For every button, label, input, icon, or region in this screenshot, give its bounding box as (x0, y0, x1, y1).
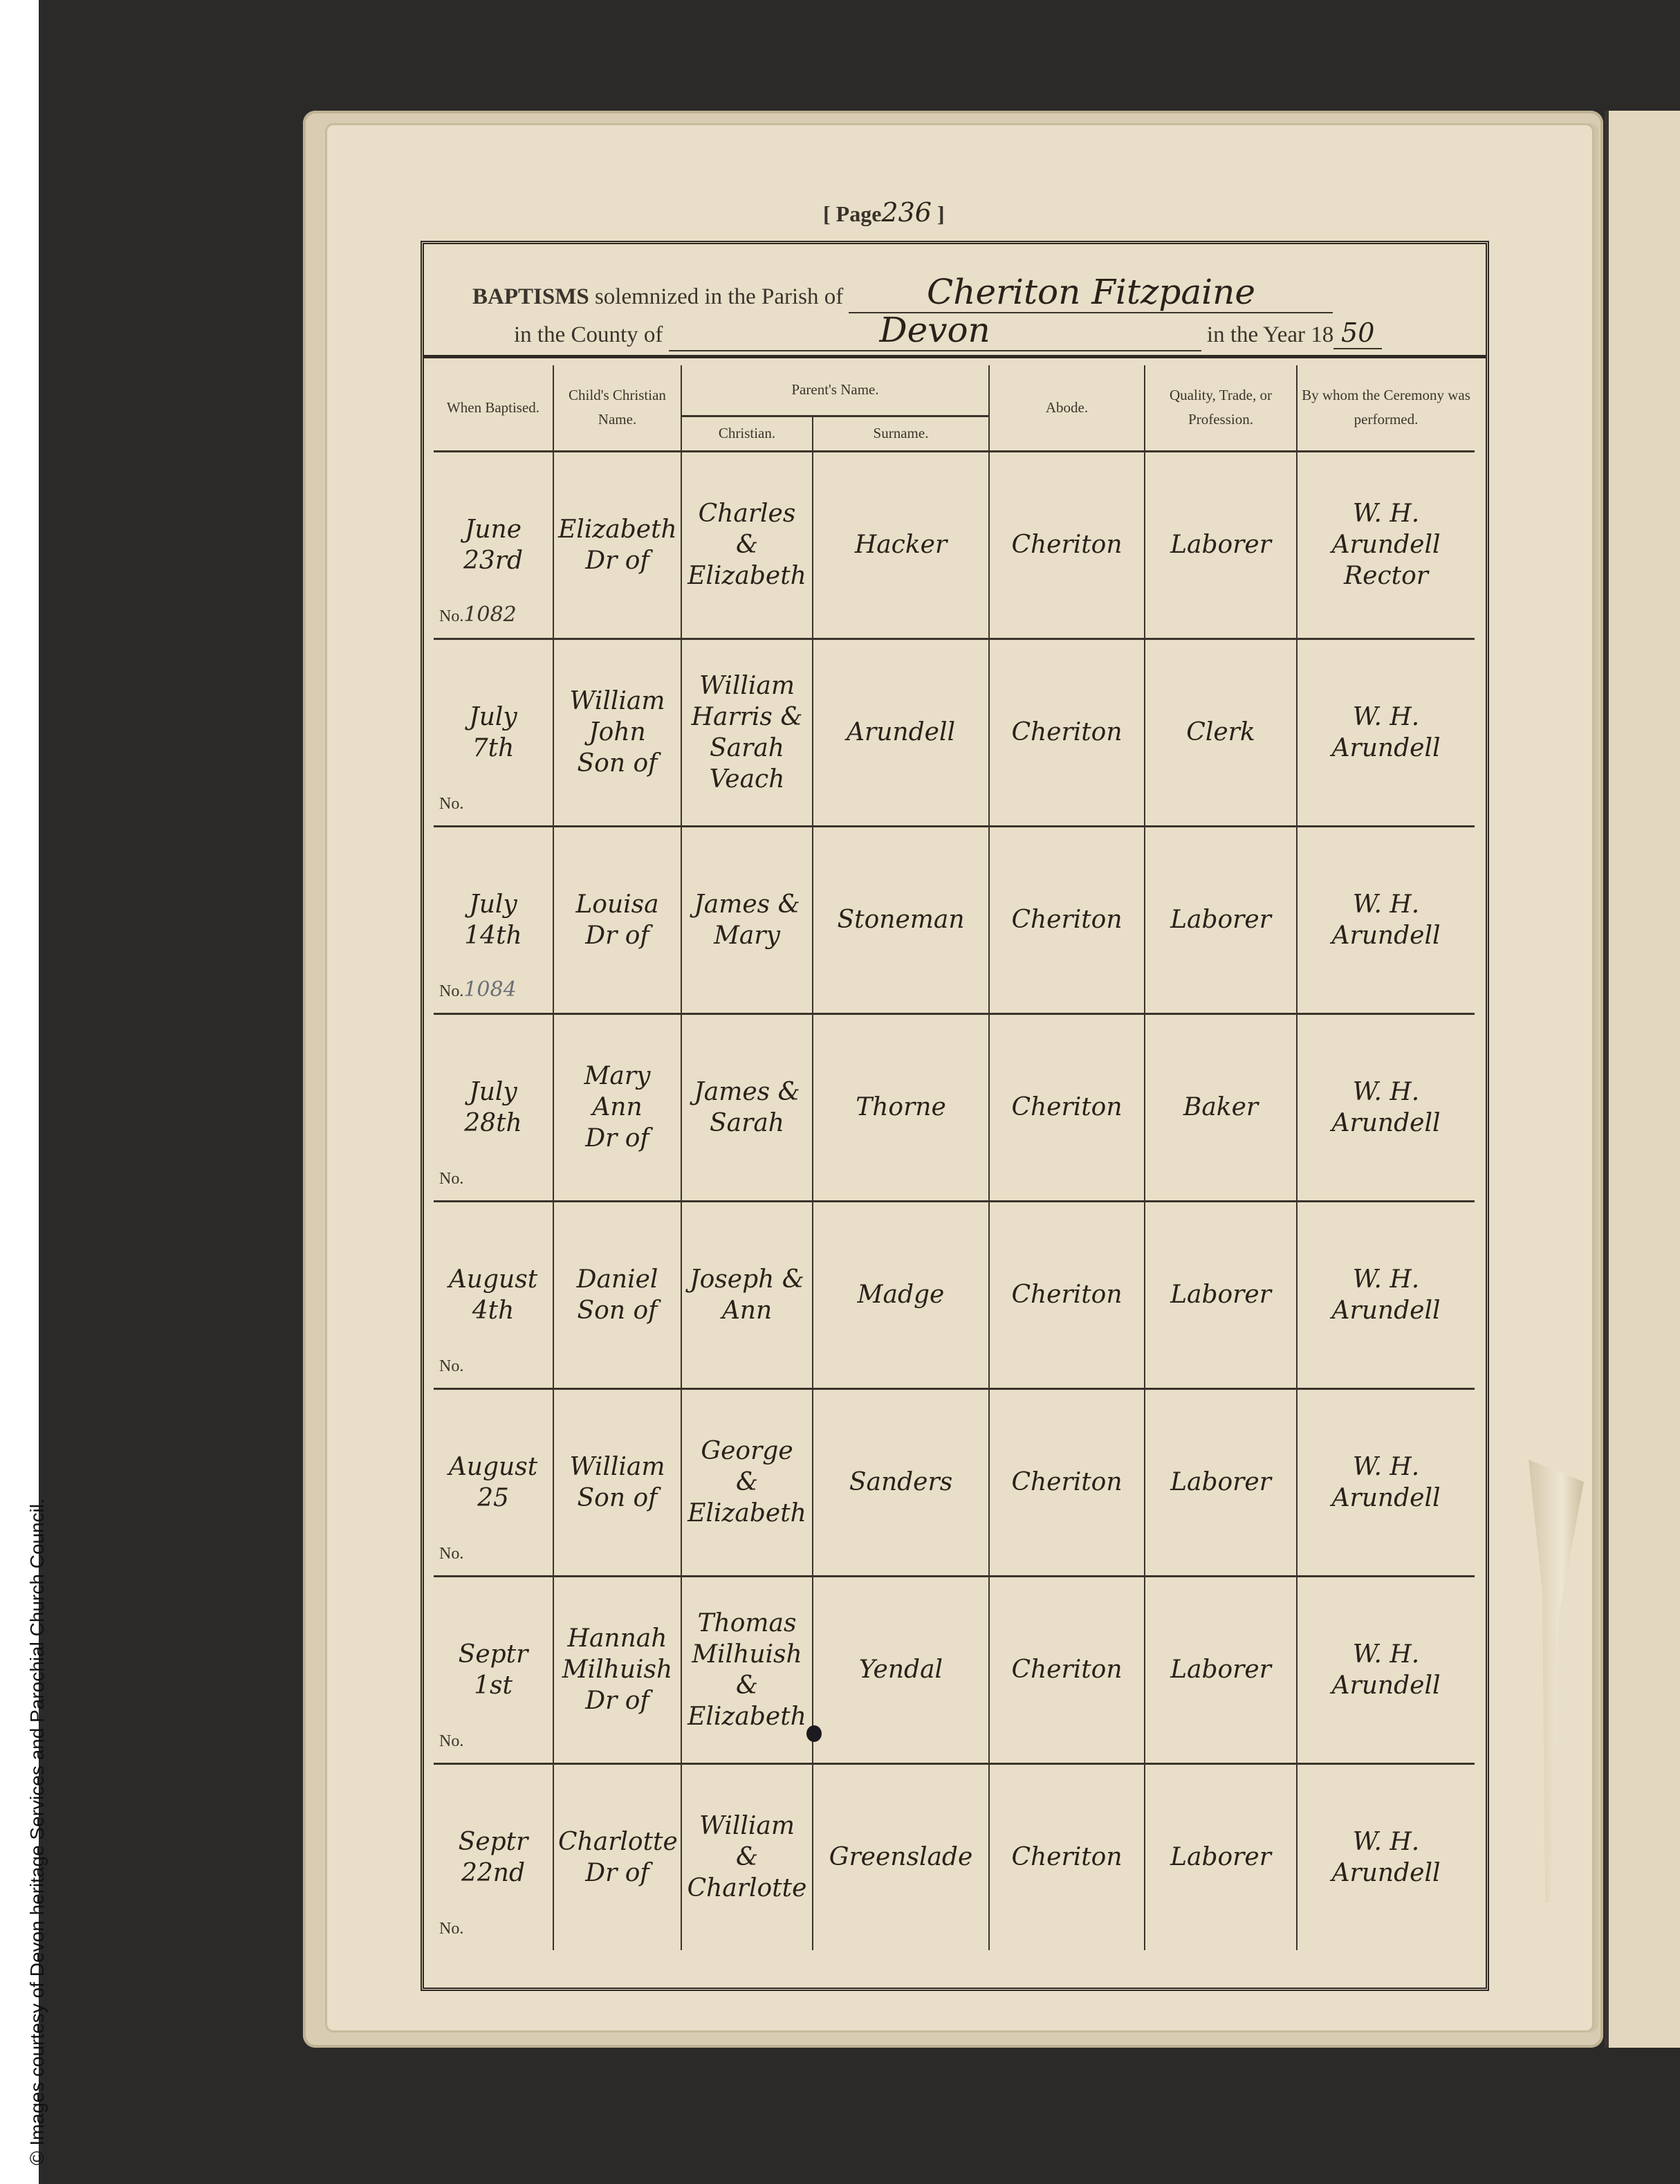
table-row: August25No. WilliamSon of George & Eliza… (434, 1388, 1475, 1576)
county-name: Devon (669, 310, 1201, 351)
table-row: Septr1stNo. Hannah MilhuishDr of Thomas … (434, 1576, 1475, 1763)
cell-officiant: W. H. Arundell (1297, 826, 1475, 1013)
cell-surname: Stoneman (813, 826, 989, 1013)
cell-abode: Cheriton (989, 639, 1145, 826)
col-abode: Abode. (989, 365, 1145, 451)
cell-trade: Clerk (1145, 639, 1297, 826)
cell-trade: Baker (1145, 1013, 1297, 1201)
cell-abode: Cheriton (989, 1388, 1145, 1576)
cell-when: July14thNo.1084 (434, 826, 553, 1013)
cell-surname: Arundell (813, 639, 989, 826)
cell-officiant: W. H. Arundell (1297, 1201, 1475, 1388)
register-number: No.1082 (439, 602, 517, 628)
baptism-register-table: When Baptised. Child's Christian Name. P… (434, 365, 1475, 1950)
cell-abode: Cheriton (989, 1576, 1145, 1763)
cell-officiant: W. H. Arundell (1297, 1388, 1475, 1576)
table-row: Septr22ndNo. CharlotteDr of William & Ch… (434, 1763, 1475, 1950)
table-row: June23rdNo.1082 ElizabethDr of Charles &… (434, 451, 1475, 639)
cell-abode: Cheriton (989, 1013, 1145, 1201)
cell-when: August25No. (434, 1388, 553, 1576)
cell-parent-christian: James & Sarah (681, 1013, 813, 1201)
register-frame: BAPTISMS solemnized in the Parish of Che… (421, 241, 1489, 1991)
cell-surname: Thorne (813, 1013, 989, 1201)
cell-trade: Laborer (1145, 451, 1297, 639)
register-header: BAPTISMS solemnized in the Parish of Che… (424, 244, 1486, 358)
cell-child: CharlotteDr of (553, 1763, 681, 1950)
cell-trade: Laborer (1145, 1763, 1297, 1950)
col-when-baptised: When Baptised. (434, 365, 553, 451)
image-credit: © Images courtesy of Devon heritage Serv… (26, 1498, 48, 2165)
register-number: No. (439, 1727, 463, 1753)
cell-when: Septr1stNo. (434, 1576, 553, 1763)
col-officiant: By whom the Ceremony was performed. (1297, 365, 1475, 451)
cell-surname: Yendal (813, 1576, 989, 1763)
table-row: July28thNo. Mary AnnDr of James & Sarah … (434, 1013, 1475, 1201)
register-number: No. (439, 1352, 463, 1378)
cell-when: July7thNo. (434, 639, 553, 826)
cell-when: June23rdNo.1082 (434, 451, 553, 639)
cell-surname: Hacker (813, 451, 989, 639)
col-child-name: Child's Christian Name. (553, 365, 681, 451)
cell-abode: Cheriton (989, 1763, 1145, 1950)
cell-parent-christian: Joseph & Ann (681, 1201, 813, 1388)
col-trade: Quality, Trade, or Profession. (1145, 365, 1297, 451)
parish-name: Cheriton Fitzpaine (849, 272, 1333, 313)
cell-parent-christian: William & Charlotte (681, 1763, 813, 1950)
cell-officiant: W. H. Arundell (1297, 1013, 1475, 1201)
cell-parent-christian: James & Mary (681, 826, 813, 1013)
facing-page-edge (1605, 111, 1680, 2048)
cell-surname: Sanders (813, 1388, 989, 1576)
page-number-value: 236 (881, 197, 932, 228)
cell-abode: Cheriton (989, 1201, 1145, 1388)
cell-child: DanielSon of (553, 1201, 681, 1388)
cell-surname: Madge (813, 1201, 989, 1388)
col-parent-christian: Christian. (681, 416, 813, 452)
table-row: July7thNo. William JohnSon of William Ha… (434, 639, 1475, 826)
cell-child: William JohnSon of (553, 639, 681, 826)
header-line-county: in the County of Devon in the Year 1850 (514, 310, 1382, 351)
image-credit-strip: © Images courtesy of Devon heritage Serv… (0, 0, 39, 2184)
cell-trade: Laborer (1145, 1388, 1297, 1576)
cell-officiant: W. H. ArundellRector (1297, 451, 1475, 639)
table-row: July14thNo.1084 LouisaDr of James & Mary… (434, 826, 1475, 1013)
register-number: No. (439, 1914, 463, 1940)
cell-child: ElizabethDr of (553, 451, 681, 639)
cell-parent-christian: George & Elizabeth (681, 1388, 813, 1576)
col-parents-name: Parent's Name. (681, 365, 989, 416)
cell-child: Hannah MilhuishDr of (553, 1576, 681, 1763)
cell-when: July28thNo. (434, 1013, 553, 1201)
cell-child: WilliamSon of (553, 1388, 681, 1576)
cell-trade: Laborer (1145, 826, 1297, 1013)
cell-abode: Cheriton (989, 451, 1145, 639)
cell-parent-christian: Thomas Milhuish & Elizabeth (681, 1576, 813, 1763)
col-parent-surname: Surname. (813, 416, 989, 452)
cell-when: August4thNo. (434, 1201, 553, 1388)
header-line-parish: BAPTISMS solemnized in the Parish of Che… (472, 272, 1333, 313)
register-number: No. (439, 1539, 463, 1566)
cell-abode: Cheriton (989, 826, 1145, 1013)
cell-when: Septr22ndNo. (434, 1763, 553, 1950)
page-number: [ Page236 ] (823, 197, 945, 228)
year-suffix: 50 (1333, 318, 1382, 349)
cell-officiant: W. H. Arundell (1297, 639, 1475, 826)
cell-trade: Laborer (1145, 1576, 1297, 1763)
register-number: No. (439, 789, 463, 816)
cell-surname: Greenslade (813, 1763, 989, 1950)
cell-child: LouisaDr of (553, 826, 681, 1013)
table-row: August4thNo. DanielSon of Joseph & Ann M… (434, 1201, 1475, 1388)
cell-officiant: W. H. Arundell (1297, 1763, 1475, 1950)
register-number: No. (439, 1164, 463, 1191)
cell-parent-christian: Charles & Elizabeth (681, 451, 813, 639)
register-number: No.1084 (439, 977, 517, 1003)
cell-trade: Laborer (1145, 1201, 1297, 1388)
cell-officiant: W. H. Arundell (1297, 1576, 1475, 1763)
cell-parent-christian: William Harris & Sarah Veach (681, 639, 813, 826)
cell-child: Mary AnnDr of (553, 1013, 681, 1201)
